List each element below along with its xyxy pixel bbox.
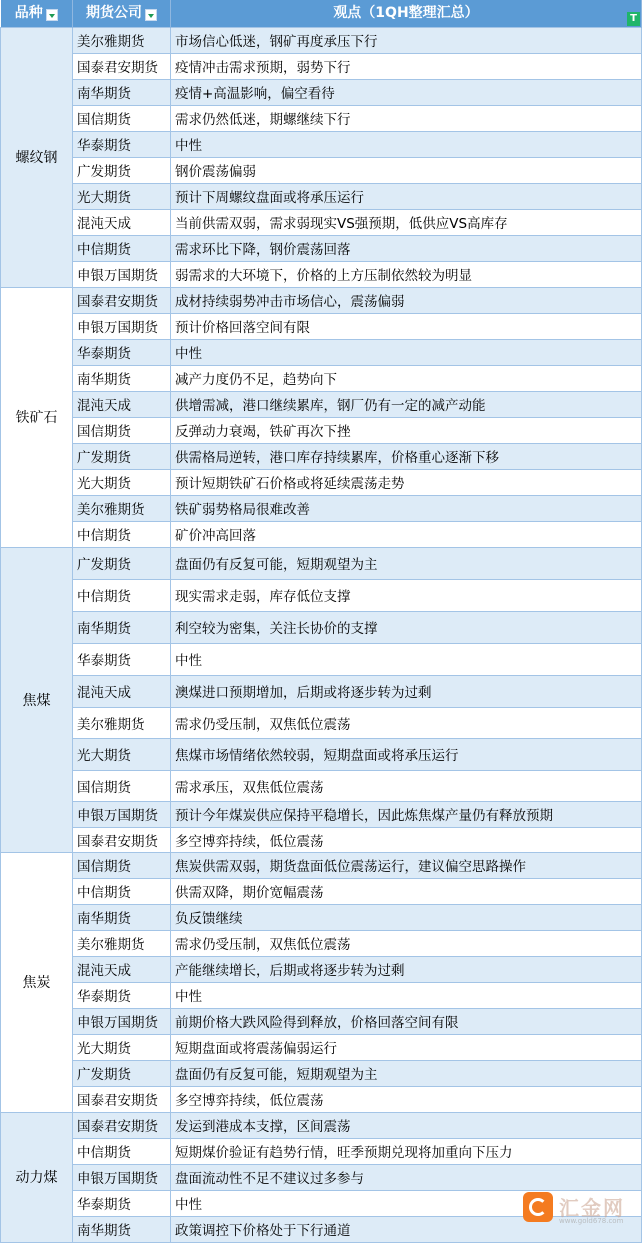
category-cell[interactable]: 动力煤: [1, 1112, 73, 1242]
view-cell[interactable]: 焦煤市场情绪依然较弱，短期盘面或将承压运行: [171, 738, 642, 770]
view-cell[interactable]: 盘面仍有反复可能，短期观望为主: [171, 547, 642, 579]
view-cell[interactable]: 需求环比下降，钢价震荡回落: [171, 235, 642, 261]
header-view: 观点（1QH整理汇总） T: [171, 0, 642, 27]
company-cell[interactable]: 光大期货: [73, 469, 171, 495]
table-row: 混沌天成供增需减，港口继续累库，钢厂仍有一定的减产动能: [1, 391, 642, 417]
view-cell[interactable]: 预计短期铁矿石价格或将延续震荡走势: [171, 469, 642, 495]
company-cell[interactable]: 混沌天成: [73, 209, 171, 235]
view-cell[interactable]: 供增需减，港口继续累库，钢厂仍有一定的减产动能: [171, 391, 642, 417]
view-cell[interactable]: 盘面仍有反复可能，短期观望为主: [171, 1060, 642, 1086]
category-cell[interactable]: 螺纹钢: [1, 27, 73, 287]
company-cell[interactable]: 国泰君安期货: [73, 827, 171, 852]
table-row: 中信期货供需双降，期价宽幅震荡: [1, 878, 642, 904]
table-row: 申银万国期货前期价格大跌风险得到释放，价格回落空间有限: [1, 1008, 642, 1034]
table-row: 华泰期货中性: [1, 982, 642, 1008]
table-row: 华泰期货中性: [1, 1190, 642, 1216]
view-cell[interactable]: 产能继续增长，后期或将逐步转为过剩: [171, 956, 642, 982]
company-cell[interactable]: 中信期货: [73, 521, 171, 547]
view-cell[interactable]: 短期盘面或将震荡偏弱运行: [171, 1034, 642, 1060]
table-row: 中信期货现实需求走弱，库存低位支撑: [1, 579, 642, 611]
view-cell[interactable]: 疫情冲击需求预期，弱势下行: [171, 53, 642, 79]
view-cell[interactable]: 供需双降，期价宽幅震荡: [171, 878, 642, 904]
company-cell[interactable]: 中信期货: [73, 878, 171, 904]
view-cell[interactable]: 预计下周螺纹盘面或将承压运行: [171, 183, 642, 209]
table-row: 中信期货矿价冲高回落: [1, 521, 642, 547]
table-row: 美尔雅期货需求仍受压制，双焦低位震荡: [1, 707, 642, 738]
table-row: 国信期货需求承压，双焦低位震荡: [1, 770, 642, 801]
view-cell[interactable]: 中性: [171, 982, 642, 1008]
table-row: 华泰期货中性: [1, 643, 642, 675]
table-row: 混沌天成当前供需双弱，需求弱现实VS强预期，低供应VS高库存: [1, 209, 642, 235]
view-cell[interactable]: 中性: [171, 339, 642, 365]
header-row: 品种 期货公司 观点（1QH整理汇总） T: [1, 0, 642, 27]
view-cell[interactable]: 铁矿弱势格局很难改善: [171, 495, 642, 521]
company-cell[interactable]: 南华期货: [73, 904, 171, 930]
table-row: 光大期货短期盘面或将震荡偏弱运行: [1, 1034, 642, 1060]
table-row: 焦煤广发期货盘面仍有反复可能，短期观望为主: [1, 547, 642, 579]
futures-views-table: 品种 期货公司 观点（1QH整理汇总） T 螺纹钢美尔雅期货市场信心低迷，钢矿再…: [0, 0, 642, 1243]
company-cell[interactable]: 广发期货: [73, 547, 171, 579]
table-row: 光大期货预计短期铁矿石价格或将延续震荡走势: [1, 469, 642, 495]
table-row: 中信期货短期煤价验证有趋势行情，旺季预期兑现将加重向下压力: [1, 1138, 642, 1164]
company-cell[interactable]: 南华期货: [73, 611, 171, 643]
table-body: 螺纹钢美尔雅期货市场信心低迷，钢矿再度承压下行国泰君安期货疫情冲击需求预期，弱势…: [1, 27, 642, 1242]
company-cell[interactable]: 申银万国期货: [73, 801, 171, 827]
view-cell[interactable]: 供需格局逆转，港口库存持续累库，价格重心逐渐下移: [171, 443, 642, 469]
company-cell[interactable]: 中信期货: [73, 1138, 171, 1164]
view-cell[interactable]: 政策调控下价格处于下行通道: [171, 1216, 642, 1242]
table-row: 国泰君安期货多空博弈持续，低位震荡: [1, 1086, 642, 1112]
view-cell[interactable]: 前期价格大跌风险得到释放，价格回落空间有限: [171, 1008, 642, 1034]
company-cell[interactable]: 国泰君安期货: [73, 1112, 171, 1138]
view-cell[interactable]: 需求仍然低迷，期螺继续下行: [171, 105, 642, 131]
company-cell[interactable]: 国信期货: [73, 770, 171, 801]
table-row: 广发期货钢价震荡偏弱: [1, 157, 642, 183]
company-cell[interactable]: 广发期货: [73, 443, 171, 469]
company-cell[interactable]: 申银万国期货: [73, 1164, 171, 1190]
header-category-label: 品种: [15, 5, 43, 21]
table-row: 美尔雅期货需求仍受压制，双焦低位震荡: [1, 930, 642, 956]
company-cell[interactable]: 国泰君安期货: [73, 53, 171, 79]
table-row: 国泰君安期货多空博弈持续，低位震荡: [1, 827, 642, 852]
table-row: 光大期货预计下周螺纹盘面或将承压运行: [1, 183, 642, 209]
company-cell[interactable]: 广发期货: [73, 157, 171, 183]
company-cell[interactable]: 华泰期货: [73, 643, 171, 675]
table-row: 国信期货反弹动力衰竭，铁矿再次下挫: [1, 417, 642, 443]
company-cell[interactable]: 广发期货: [73, 1060, 171, 1086]
company-cell[interactable]: 南华期货: [73, 79, 171, 105]
filter-dropdown-icon[interactable]: [145, 9, 157, 21]
view-cell[interactable]: 当前供需双弱，需求弱现实VS强预期，低供应VS高库存: [171, 209, 642, 235]
view-cell[interactable]: 钢价震荡偏弱: [171, 157, 642, 183]
view-cell[interactable]: 预计今年煤炭供应保持平稳增长，因此炼焦煤产量仍有释放预期: [171, 801, 642, 827]
table-row: 国信期货需求仍然低迷，期螺继续下行: [1, 105, 642, 131]
company-cell[interactable]: 申银万国期货: [73, 1008, 171, 1034]
company-cell[interactable]: 申银万国期货: [73, 313, 171, 339]
table-row: 南华期货负反馈继续: [1, 904, 642, 930]
header-company: 期货公司: [73, 0, 171, 27]
company-cell[interactable]: 国泰君安期货: [73, 1086, 171, 1112]
table-row: 广发期货盘面仍有反复可能，短期观望为主: [1, 1060, 642, 1086]
company-cell[interactable]: 申银万国期货: [73, 261, 171, 287]
filter-active-icon[interactable]: T: [627, 12, 640, 26]
company-cell[interactable]: 混沌天成: [73, 675, 171, 707]
table-row: 南华期货减产力度仍不足，趋势向下: [1, 365, 642, 391]
table-row: 铁矿石国泰君安期货成材持续弱势冲击市场信心，震荡偏弱: [1, 287, 642, 313]
view-cell[interactable]: 多空博弈持续，低位震荡: [171, 1086, 642, 1112]
view-cell[interactable]: 中性: [171, 131, 642, 157]
table-row: 焦炭国信期货焦炭供需双弱，期货盘面低位震荡运行，建议偏空思路操作: [1, 852, 642, 878]
view-cell[interactable]: 成材持续弱势冲击市场信心，震荡偏弱: [171, 287, 642, 313]
table-row: 美尔雅期货铁矿弱势格局很难改善: [1, 495, 642, 521]
view-cell[interactable]: 负反馈继续: [171, 904, 642, 930]
table-row: 混沌天成产能继续增长，后期或将逐步转为过剩: [1, 956, 642, 982]
view-cell[interactable]: 需求承压，双焦低位震荡: [171, 770, 642, 801]
company-cell[interactable]: 国信期货: [73, 105, 171, 131]
category-cell[interactable]: 铁矿石: [1, 287, 73, 547]
company-cell[interactable]: 美尔雅期货: [73, 930, 171, 956]
company-cell[interactable]: 南华期货: [73, 1216, 171, 1242]
table-row: 螺纹钢美尔雅期货市场信心低迷，钢矿再度承压下行: [1, 27, 642, 53]
view-cell[interactable]: 需求仍受压制，双焦低位震荡: [171, 707, 642, 738]
view-cell[interactable]: 现实需求走弱，库存低位支撑: [171, 579, 642, 611]
table-row: 申银万国期货弱需求的大环境下，价格的上方压制依然较为明显: [1, 261, 642, 287]
view-cell[interactable]: 预计价格回落空间有限: [171, 313, 642, 339]
view-cell[interactable]: 焦炭供需双弱，期货盘面低位震荡运行，建议偏空思路操作: [171, 852, 642, 878]
table-row: 中信期货需求环比下降，钢价震荡回落: [1, 235, 642, 261]
view-cell[interactable]: 市场信心低迷，钢矿再度承压下行: [171, 27, 642, 53]
category-cell[interactable]: 焦煤: [1, 547, 73, 852]
company-cell[interactable]: 华泰期货: [73, 982, 171, 1008]
view-cell[interactable]: 中性: [171, 1190, 642, 1216]
view-cell[interactable]: 利空较为密集，关注长协价的支撑: [171, 611, 642, 643]
company-cell[interactable]: 美尔雅期货: [73, 27, 171, 53]
company-cell[interactable]: 中信期货: [73, 579, 171, 611]
table-row: 南华期货利空较为密集，关注长协价的支撑: [1, 611, 642, 643]
table-row: 华泰期货中性: [1, 339, 642, 365]
view-cell[interactable]: 盘面流动性不足不建议过多参与: [171, 1164, 642, 1190]
view-cell[interactable]: 多空博弈持续，低位震荡: [171, 827, 642, 852]
view-cell[interactable]: 发运到港成本支撑，区间震荡: [171, 1112, 642, 1138]
company-cell[interactable]: 光大期货: [73, 738, 171, 770]
header-category: 品种: [1, 0, 73, 27]
table-row: 申银万国期货盘面流动性不足不建议过多参与: [1, 1164, 642, 1190]
view-cell[interactable]: 反弹动力衰竭，铁矿再次下挫: [171, 417, 642, 443]
view-cell[interactable]: 矿价冲高回落: [171, 521, 642, 547]
header-view-label: 观点（1QH整理汇总）: [333, 5, 478, 21]
view-cell[interactable]: 弱需求的大环境下，价格的上方压制依然较为明显: [171, 261, 642, 287]
view-cell[interactable]: 减产力度仍不足，趋势向下: [171, 365, 642, 391]
company-cell[interactable]: 混沌天成: [73, 956, 171, 982]
table-row: 南华期货政策调控下价格处于下行通道: [1, 1216, 642, 1242]
company-cell[interactable]: 中信期货: [73, 235, 171, 261]
table-row: 南华期货疫情+高温影响，偏空看待: [1, 79, 642, 105]
company-cell[interactable]: 国信期货: [73, 417, 171, 443]
table-row: 光大期货焦煤市场情绪依然较弱，短期盘面或将承压运行: [1, 738, 642, 770]
table-row: 动力煤国泰君安期货发运到港成本支撑，区间震荡: [1, 1112, 642, 1138]
view-cell[interactable]: 澳煤进口预期增加，后期或将逐步转为过剩: [171, 675, 642, 707]
table-row: 广发期货供需格局逆转，港口库存持续累库，价格重心逐渐下移: [1, 443, 642, 469]
table-row: 混沌天成澳煤进口预期增加，后期或将逐步转为过剩: [1, 675, 642, 707]
company-cell[interactable]: 华泰期货: [73, 1190, 171, 1216]
filter-dropdown-icon[interactable]: [46, 9, 58, 21]
company-cell[interactable]: 南华期货: [73, 365, 171, 391]
view-cell[interactable]: 短期煤价验证有趋势行情，旺季预期兑现将加重向下压力: [171, 1138, 642, 1164]
view-cell[interactable]: 中性: [171, 643, 642, 675]
header-company-label: 期货公司: [86, 5, 142, 21]
table-row: 国泰君安期货疫情冲击需求预期，弱势下行: [1, 53, 642, 79]
table-row: 华泰期货中性: [1, 131, 642, 157]
company-cell[interactable]: 美尔雅期货: [73, 495, 171, 521]
table-row: 申银万国期货预计价格回落空间有限: [1, 313, 642, 339]
company-cell[interactable]: 光大期货: [73, 183, 171, 209]
company-cell[interactable]: 混沌天成: [73, 391, 171, 417]
company-cell[interactable]: 国信期货: [73, 852, 171, 878]
table-row: 申银万国期货预计今年煤炭供应保持平稳增长，因此炼焦煤产量仍有释放预期: [1, 801, 642, 827]
category-cell[interactable]: 焦炭: [1, 852, 73, 1112]
company-cell[interactable]: 华泰期货: [73, 339, 171, 365]
company-cell[interactable]: 美尔雅期货: [73, 707, 171, 738]
company-cell[interactable]: 华泰期货: [73, 131, 171, 157]
company-cell[interactable]: 国泰君安期货: [73, 287, 171, 313]
company-cell[interactable]: 光大期货: [73, 1034, 171, 1060]
view-cell[interactable]: 需求仍受压制，双焦低位震荡: [171, 930, 642, 956]
view-cell[interactable]: 疫情+高温影响，偏空看待: [171, 79, 642, 105]
